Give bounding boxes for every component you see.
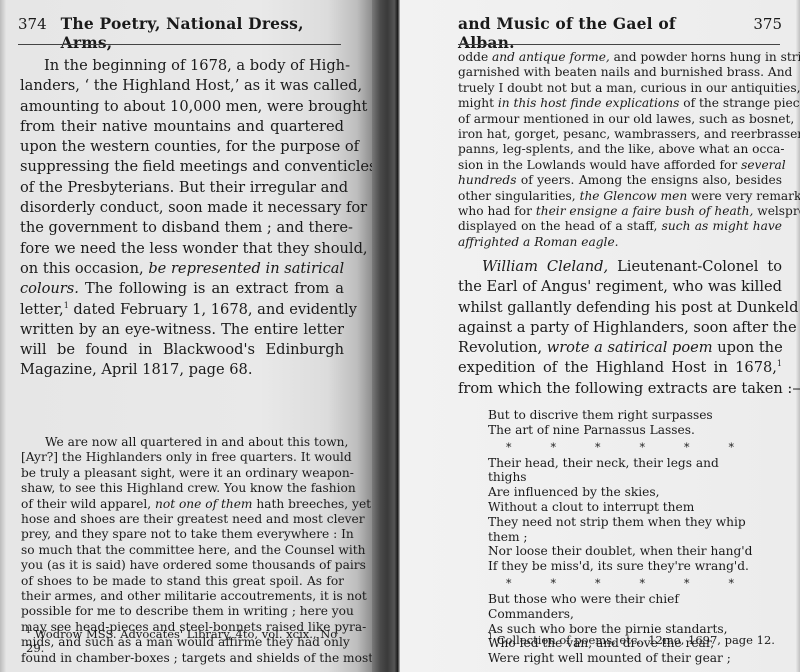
- italic-text: such as might have: [662, 219, 782, 233]
- poem-line: Their head, their neck, their legs and t…: [488, 456, 758, 486]
- footnote: 1 Collection of poems, etc., 12mo, 1697,…: [488, 633, 788, 647]
- text-span: expedition of the Highland Host in 1678,: [458, 359, 777, 376]
- stanza-separator: * * * * * *: [488, 578, 734, 590]
- text-span: sion in the Lowlands would have afforded…: [458, 158, 741, 172]
- text-span: who had for: [458, 204, 536, 218]
- text-span: displayed on the head of a staff,: [458, 219, 662, 233]
- page-number: 374: [18, 15, 47, 33]
- left-page: 374 The Poetry, National Dress, Arms, In…: [0, 0, 372, 672]
- italic-text: their ensigne a faire bush of heath,: [536, 204, 754, 218]
- text-span: The following is an extract from a: [79, 280, 344, 297]
- poem-line: Without a clout to interrupt them: [488, 500, 758, 515]
- asterisk: *: [640, 442, 646, 454]
- text-line: Magazine, April 1817, page 68.: [20, 360, 344, 380]
- text-line: hundreds of yeers. Among the ensigns als…: [458, 173, 782, 188]
- text-span: might: [458, 96, 498, 110]
- text-line: panns, leg-splents, and the like, above …: [458, 142, 782, 157]
- text-line: be truly a pleasant sight, were it an or…: [21, 466, 344, 481]
- page-edge: [0, 0, 6, 672]
- letter-extract-continued: odde and antique forme, and powder horns…: [458, 50, 782, 250]
- text-line: from which the following extracts are ta…: [458, 379, 782, 399]
- text-line: their armes, and other militarie accoutr…: [21, 589, 344, 604]
- text-line: suppressing the field meetings and conve…: [20, 157, 344, 177]
- footnote-text: Wodrow MSS. Advocates' Library, 4to, vol…: [26, 627, 337, 655]
- asterisk: *: [551, 442, 557, 454]
- text-span: of yeers. Among the ensigns also, beside…: [516, 173, 782, 187]
- body-paragraph: In the beginning of 1678, a body of High…: [20, 56, 344, 381]
- text-line: the government to disband them ; and the…: [20, 218, 344, 238]
- text-line: We are now all quartered in and about th…: [21, 435, 344, 450]
- text-span: and powder horns hung in strings,: [610, 50, 800, 64]
- italic-text: several: [741, 158, 786, 172]
- text-line: you (as it is said) have ordered some th…: [21, 558, 344, 573]
- italic-text: not one of them: [155, 497, 252, 511]
- poem-line: But to discrive them right surpasses: [488, 408, 758, 423]
- poem-line: If they be miss'd, its sure they're wran…: [488, 559, 758, 574]
- text-line: Revolution, wrote a satirical poem upon …: [458, 338, 782, 358]
- text-line: against a party of Highlanders, soon aft…: [458, 318, 782, 338]
- text-line: prey, and they spare not to take them ev…: [21, 527, 344, 542]
- asterisk: *: [729, 578, 735, 590]
- text-line: affrighted a Roman eagle.: [458, 235, 782, 250]
- text-line: odde and antique forme, and powder horns…: [458, 50, 782, 65]
- asterisk: *: [729, 442, 735, 454]
- text-span: Lieutenant-Colonel to: [608, 258, 782, 275]
- running-head-title: The Poetry, National Dress, Arms,: [61, 14, 343, 52]
- text-line: amounting to about 10,000 men, were brou…: [20, 97, 344, 117]
- running-head-title: and Music of the Gael of Alban.: [458, 14, 731, 52]
- right-page: and Music of the Gael of Alban. 375 odde…: [400, 0, 800, 672]
- text-line: so much that the committee here, and the…: [21, 543, 344, 558]
- book-gutter: [372, 0, 400, 672]
- poem-line: They need not strip them when they whip …: [488, 515, 758, 545]
- text-line: possible for me to describe them in writ…: [21, 604, 344, 619]
- asterisk: *: [506, 442, 512, 454]
- text-line: from their native mountains and quartere…: [20, 117, 344, 137]
- italic-text: affrighted a Roman eagle.: [458, 235, 619, 249]
- footnote-text: Collection of poems, etc., 12mo, 1697, p…: [493, 633, 775, 647]
- text-span: of the strange pieces: [679, 96, 800, 110]
- poem-stanza: Their head, their neck, their legs and t…: [488, 456, 758, 574]
- poem-line: The art of nine Parnassus Lasses.: [488, 423, 758, 438]
- text-line: iron hat, gorget, pesanc, wambrassers, a…: [458, 127, 782, 142]
- text-line: landers, ‘ the Highland Host,’ as it was…: [20, 76, 344, 96]
- text-span: hath breeches, yet: [253, 497, 372, 511]
- asterisk: *: [640, 578, 646, 590]
- text-line: fore we need the less wonder that they s…: [20, 239, 344, 259]
- text-span: other singularities,: [458, 189, 580, 203]
- poem-line: Nor loose their doublet, when their hang…: [488, 544, 758, 559]
- italic-text: wrote a satirical poem: [547, 339, 713, 356]
- text-line: displayed on the head of a staff, such a…: [458, 219, 782, 234]
- asterisk: *: [506, 578, 512, 590]
- poem-line: Are influenced by the skies,: [488, 485, 758, 500]
- text-line: written by an eye-witness. The entire le…: [20, 320, 344, 340]
- text-line: on this occasion, be represented in sati…: [20, 259, 344, 279]
- header-rule: [458, 44, 780, 45]
- poem-stanza: But those who were their chief Commander…: [488, 592, 758, 666]
- text-line: whilst gallantly defending his post at D…: [458, 298, 782, 318]
- text-line: sion in the Lowlands would have afforded…: [458, 158, 782, 173]
- text-line: In the beginning of 1678, a body of High…: [20, 56, 344, 76]
- text-line: garnished with beaten nails and burnishe…: [458, 65, 782, 80]
- text-line: of armour mentioned in our old lawes, su…: [458, 112, 782, 127]
- text-span: of their wild apparel,: [21, 497, 155, 511]
- text-line: truely I doubt not but a man, curious in…: [458, 81, 782, 96]
- body-paragraph: William Cleland, Lieutenant-Colonel to t…: [458, 257, 782, 399]
- text-line: disorderly conduct, soon made it necessa…: [20, 198, 344, 218]
- text-span: upon the: [713, 339, 783, 356]
- text-line: will be found in Blackwood's Edinburgh: [20, 340, 344, 360]
- text-line: letter,1 dated February 1, 1678, and evi…: [20, 300, 344, 320]
- page-number: 375: [753, 15, 782, 33]
- asterisk: *: [684, 578, 690, 590]
- text-span: welspred and: [753, 204, 800, 218]
- book-spread: 374 The Poetry, National Dress, Arms, In…: [0, 0, 800, 672]
- header-rule: [18, 44, 341, 45]
- italic-text: colours.: [20, 280, 79, 297]
- footnote: 1 Wodrow MSS. Advocates' Library, 4to, v…: [26, 627, 346, 655]
- text-line: [Ayr?] the Highlanders only in free quar…: [21, 450, 344, 465]
- poem-line: But those who were their chief Commander…: [488, 592, 758, 622]
- text-line: of shoes to be made to stand this great …: [21, 574, 344, 589]
- text-span: dated February 1, 1678, and evidently: [69, 301, 357, 318]
- asterisk: *: [551, 578, 557, 590]
- italic-text: hundreds: [458, 173, 516, 187]
- text-line: of the Presbyterians. But their irregula…: [20, 178, 344, 198]
- italic-text: be represented in satirical: [148, 260, 344, 277]
- italic-text: and antique forme,: [492, 50, 610, 64]
- running-head-right: and Music of the Gael of Alban. 375: [458, 14, 782, 38]
- text-line: shaw, to see this Highland crew. You kno…: [21, 481, 344, 496]
- italic-text: in this host finde explications: [498, 96, 680, 110]
- text-span: odde: [458, 50, 492, 64]
- text-span: were very remarkable,: [687, 189, 800, 203]
- text-line: William Cleland, Lieutenant-Colonel to: [458, 257, 782, 277]
- running-head-left: 374 The Poetry, National Dress, Arms,: [18, 14, 343, 38]
- text-line: other singularities, the Glencow men wer…: [458, 189, 782, 204]
- text-line: colours. The following is an extract fro…: [20, 279, 344, 299]
- text-line: expedition of the Highland Host in 1678,…: [458, 358, 782, 378]
- italic-text: the Glencow men: [580, 189, 688, 203]
- text-line: upon the western counties, for the purpo…: [20, 137, 344, 157]
- text-line: might in this host finde explications of…: [458, 96, 782, 111]
- stanza-separator: * * * * * *: [488, 442, 734, 454]
- footnote-ref: 1: [777, 360, 782, 369]
- poem-extract: But to discrive them right surpasses The…: [488, 408, 758, 666]
- text-line: the Earl of Angus' regiment, who was kil…: [458, 277, 782, 297]
- text-span: letter,: [20, 301, 64, 318]
- text-span: on this occasion,: [20, 260, 148, 277]
- text-line: of their wild apparel, not one of them h…: [21, 497, 344, 512]
- poem-line: Were right well mounted of their gear ;: [488, 651, 758, 666]
- asterisk: *: [595, 442, 601, 454]
- italic-text: William Cleland,: [482, 258, 608, 275]
- poem-stanza: But to discrive them right surpasses The…: [488, 408, 758, 438]
- text-line: who had for their ensigne a faire bush o…: [458, 204, 782, 219]
- asterisk: *: [595, 578, 601, 590]
- text-span: Revolution,: [458, 339, 547, 356]
- text-line: hose and shoes are their greatest need a…: [21, 512, 344, 527]
- asterisk: *: [684, 442, 690, 454]
